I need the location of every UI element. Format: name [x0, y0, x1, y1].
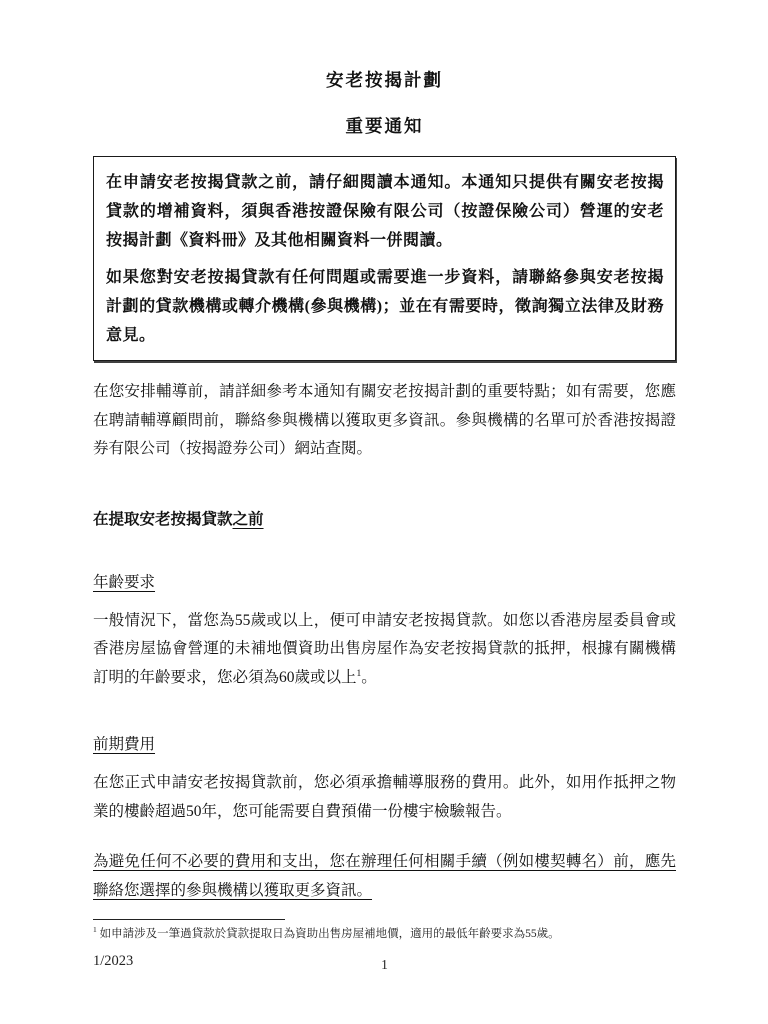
intro-paragraph: 在您安排輔導前，請詳細參考本通知有關安老按揭計劃的重要特點；如有需要，您應在聘請… [93, 378, 676, 464]
document-page: 安老按揭計劃 重要通知 在申請安老按揭貸款之前，請仔細閱讀本通知。本通知只提供有… [0, 0, 768, 1024]
fees-warning-paragraph: 為避免任何不必要的費用和支出，您在辦理任何相關手續（例如樓契轉名）前，應先聯絡您… [93, 848, 676, 905]
footnote-area: 1 如申請涉及一筆過貸款於貸款提取日為資助出售房屋補地價，適用的最低年齡要求為5… [93, 919, 676, 942]
doc-title: 安老按揭計劃 [93, 68, 676, 92]
upfront-fees-paragraph: 在您正式申請安老按揭貸款前，您必須承擔輔導服務的費用。此外，如用作抵押之物業的樓… [93, 769, 676, 826]
age-requirement-text: 一般情況下，當您為55歲或以上，便可申請安老按揭貸款。如您以香港房屋委員會或香港… [93, 612, 676, 686]
age-requirement-paragraph: 一般情況下，當您為55歲或以上，便可申請安老按揭貸款。如您以香港房屋委員會或香港… [93, 607, 676, 693]
document-content: 安老按揭計劃 重要通知 在申請安老按揭貸款之前，請仔細閱讀本通知。本通知只提供有… [93, 0, 676, 905]
footnote-1-text: 如申請涉及一筆過貸款於貸款提取日為資助出售房屋補地價，適用的最低年齡要求為55歲… [100, 928, 560, 940]
page-footer: 1/2023 1 [93, 953, 676, 983]
section-heading-before-drawdown: 在提取安老按揭貸款之前 [93, 510, 676, 530]
footnote-1-marker: 1 [93, 925, 97, 934]
notice-paragraph-1: 在申請安老按揭貸款之前，請仔細閱讀本通知。本通知只提供有關安老按揭貸款的增補資料… [106, 168, 664, 255]
doc-subtitle: 重要通知 [93, 114, 676, 138]
subsection-heading-upfront-fees: 前期費用 [93, 735, 676, 755]
section-heading-underlined-text: 之前 [233, 511, 264, 528]
section-heading-text: 在提取安老按揭貸款 [93, 511, 233, 528]
notice-box: 在申請安老按揭貸款之前，請仔細閱讀本通知。本通知只提供有關安老按揭貸款的增補資料… [93, 156, 676, 361]
notice-paragraph-2: 如果您對安老按揭貸款有任何問題或需要進一步資料，請聯絡參與安老按揭計劃的貸款機構… [106, 263, 664, 350]
age-requirement-text-end: 。 [361, 669, 377, 686]
footnote-1: 1 如申請涉及一筆過貸款於貸款提取日為資助出售房屋補地價，適用的最低年齡要求為5… [93, 927, 676, 942]
subsection-heading-age-requirement: 年齡要求 [93, 573, 676, 593]
page-number: 1 [93, 957, 676, 973]
footnote-separator-rule [93, 919, 285, 920]
